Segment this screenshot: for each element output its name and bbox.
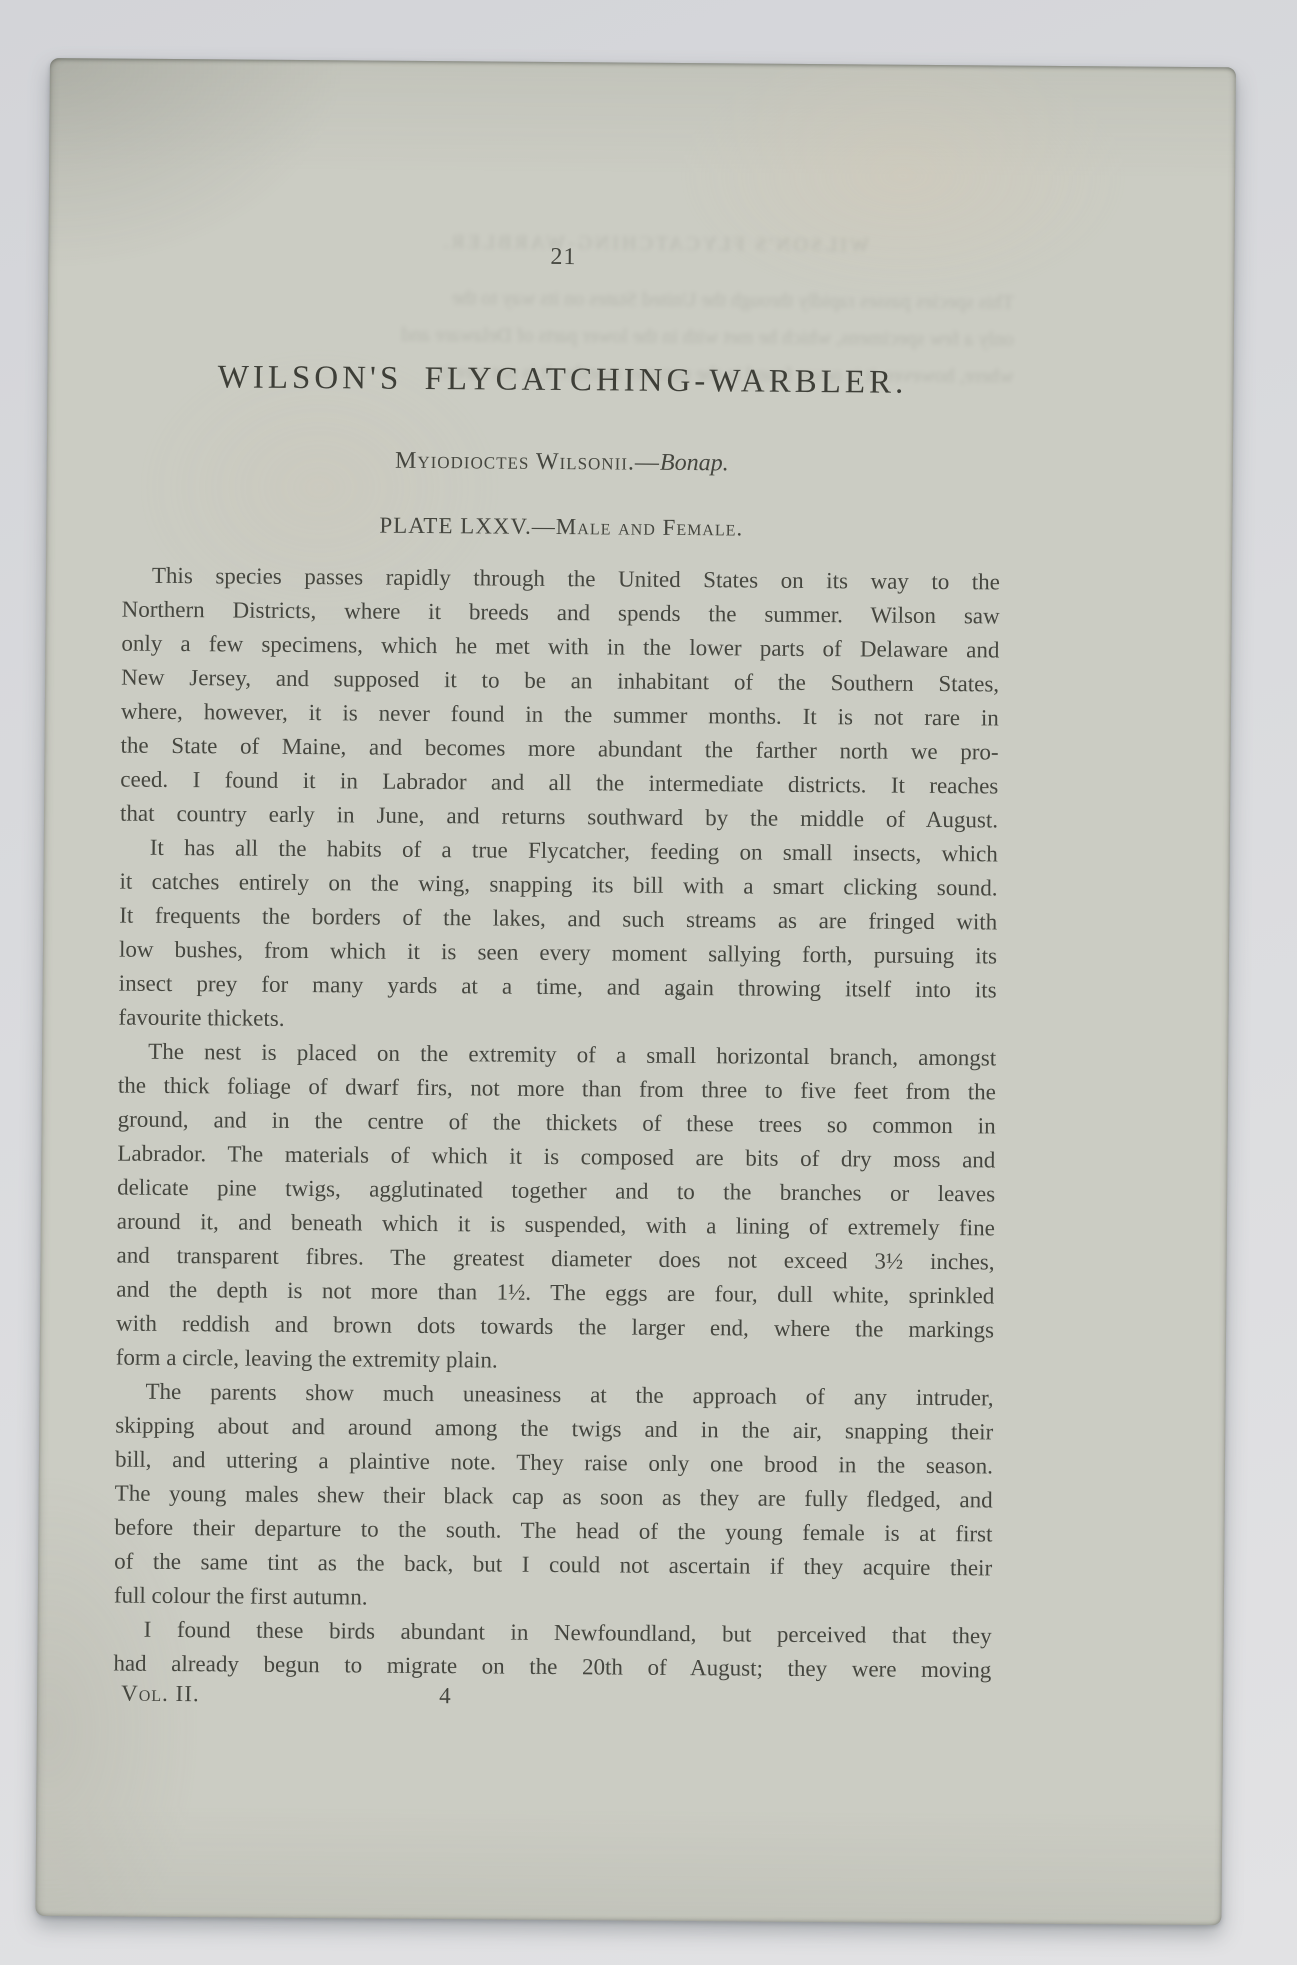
plate-subject: Male and Female. (556, 514, 744, 540)
species-authority: Bonap. (660, 450, 729, 477)
signature-mark: 4 (439, 1683, 451, 1709)
species-line: Myiodioctes Wilsonii.—Bonap. (123, 446, 1001, 480)
page-content: WILSON'S FLYCATCHING-WARBLER. This speci… (111, 59, 1004, 1924)
article-title: WILSON'S FLYCATCHING-WARBLER. (123, 359, 1001, 403)
paragraph: The parents show much uneasiness at the … (114, 1375, 994, 1620)
book-page-photo: WILSON'S FLYCATCHING-WARBLER. This speci… (35, 58, 1236, 1925)
plate-label: PLATE LXXV.— (379, 513, 556, 539)
page-footer: Vol. II. 4 (113, 1681, 991, 1722)
paragraph: It has all the habits of a true Flycatch… (118, 831, 998, 1042)
paragraph: The nest is placed on the extremity of a… (116, 1035, 997, 1382)
page-number: 21 (124, 241, 1002, 275)
paragraph: This species passes rapidly through the … (120, 559, 1000, 838)
volume-label: Vol. II. (121, 1681, 200, 1708)
paragraph: I found these birds abundant in Newfound… (113, 1613, 992, 1688)
body-text: This species passes rapidly through the … (113, 559, 1000, 1688)
plate-line: PLATE LXXV.—Male and Female. (122, 511, 1000, 544)
species-name: Myiodioctes Wilsonii.— (395, 448, 660, 476)
